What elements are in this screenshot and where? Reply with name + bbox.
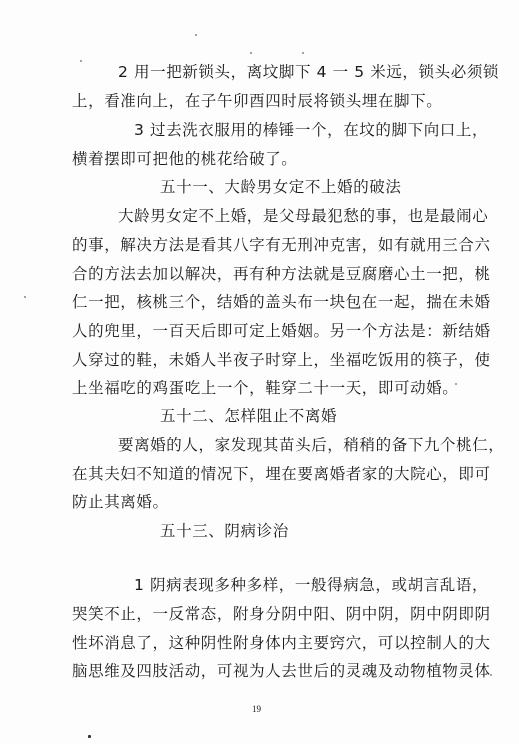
paragraph-line: 人穿过的鞋，未婚人半夜子时穿上，坐福吃饭用的筷子，使 (72, 350, 452, 370)
paragraph-line: 防止其离婚。 (72, 492, 452, 512)
paragraph-line: 上坐福吃的鸡蛋吃上一个，鞋穿二十一天，即可动婚。 (72, 378, 452, 398)
paragraph-line: 人的兜里，一百天后即可定上婚姻。另一个方法是：新结婚 (72, 321, 452, 341)
paragraph-line: 脑思维及四肢活动，可视为人去世后的灵魂及动物植物灵体 (72, 661, 452, 681)
document-page: 2 用一把新锁头，离坟脚下 4 一 5 米远，锁头必须锁 上，看准向上，在子午卯… (0, 0, 519, 744)
section-heading-52: 五十二、怎样阻止不离婚 (160, 406, 519, 426)
paragraph-line: 1 阴病表现多种多样，一般得病急，或胡言乱语， (134, 575, 514, 595)
scan-speck (80, 60, 82, 62)
scan-speck (24, 296, 26, 298)
paragraph-line: 在其夫妇不知道的情况下，埋在要离婚者家的大院心，即可 (72, 464, 452, 484)
paragraph-line: 性坏消息了，这种阴性附身体内主要窍穴，可以控制人的大 (72, 633, 452, 653)
paragraph-line: 哭笑不止，一反常态，附身分阴中阳、阴中阴，阴中阴即阴 (72, 604, 452, 624)
scan-speck (88, 735, 91, 738)
paragraph-line: 2 用一把新锁头，离坟脚下 4 一 5 米远，锁头必须锁 (118, 62, 498, 82)
scan-speck (455, 383, 457, 385)
paragraph-line: 大龄男女定不上婚，是父母最犯愁的事，也是最闹心 (118, 206, 498, 226)
paragraph-line: 要离婚的人，家发现其苗头后，稍稍的备下九个桃仁， (118, 435, 498, 455)
paragraph-line: 仁一把，核桃三个，结婚的盖头布一块包在一起，揣在未婚 (72, 292, 452, 312)
scan-speck (250, 52, 252, 54)
paragraph-line: 合的方法去加以解决，再有种方法就是豆腐磨心土一把，桃 (72, 264, 452, 284)
scan-speck (195, 34, 197, 36)
scan-speck (490, 674, 492, 676)
paragraph-line: 横着摆即可把他的桃花给破了。 (72, 149, 452, 169)
scan-speck (302, 52, 304, 54)
scan-speck (476, 294, 478, 296)
page-number: 19 (252, 704, 261, 714)
paragraph-line: 的事，解决方法是看其八字有无刑冲克害，如有就用三合六 (72, 235, 452, 255)
section-heading-51: 五十一、大龄男女定不上婚的破法 (160, 177, 519, 197)
paragraph-line: 上，看准向上，在子午卯酉四时辰将锁头埋在脚下。 (72, 91, 452, 111)
paragraph-line: 3 过去洗衣服用的棒锤一个，在坟的脚下向口上， (134, 120, 514, 140)
section-heading-53: 五十三、阴病诊治 (160, 521, 519, 541)
